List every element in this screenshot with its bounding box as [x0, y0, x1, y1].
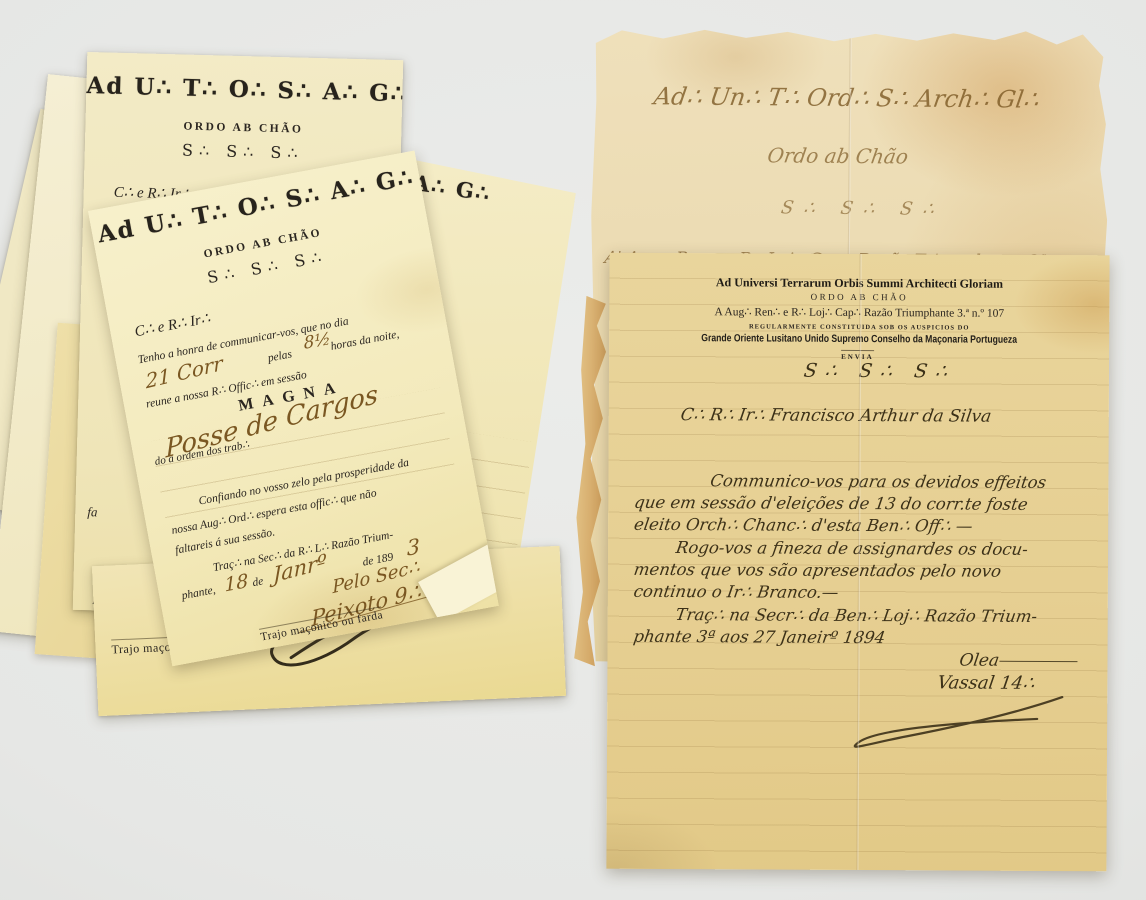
- form-word-phante: phante,: [181, 584, 217, 602]
- letterhead-line-2: ORDO AB CHÃO: [609, 291, 1109, 304]
- letter-body-line: Rogo-vos a fineza de assignardes os docu…: [675, 538, 1030, 559]
- letter-body-line: continuo o Ir∴ Branco.—: [632, 582, 839, 602]
- letter-body-line: mentos que vos são apresentados pelo nov…: [633, 560, 1003, 581]
- letterhead-line-1: Ad Universi Terrarum Orbis Summi Archite…: [609, 275, 1109, 293]
- signature-line-1: Olea: [958, 651, 1000, 671]
- handwritten-date-day: 18: [224, 570, 249, 597]
- letter-body-line: Traç∴ na Secr∴ da Ben∴ Loj∴ Razão Trium-: [674, 605, 1038, 626]
- letter-body-line: que em sessão d'eleições de 13 do corr.t…: [633, 493, 1029, 514]
- handwritten-triple-s: S∴ S∴ S∴: [802, 360, 957, 383]
- cover-motto-line: Ordo ab Chão: [766, 143, 910, 168]
- form-word-horas: horas da noite,: [330, 328, 400, 352]
- cover-heading-line: Ad∴ Un∴ T∴ Ord∴ S∴ Arch∴ Gl∴: [652, 82, 1041, 113]
- addressee-line: C∴ R∴ Ir∴ Francisco Arthur da Silva: [679, 405, 992, 427]
- form-word-pelas: pelas: [267, 348, 293, 364]
- cover-triple-s: S∴ S∴ S∴: [780, 197, 946, 219]
- motto-line: ORDO AB CHÃO: [85, 118, 401, 138]
- form-word-de: de: [251, 575, 264, 589]
- letter-date-line: phante 3ª aos 27 Janeirº 1894: [632, 627, 886, 647]
- text-fragment-fa: fa: [87, 504, 98, 520]
- handwritten-hour: 8½: [303, 329, 331, 354]
- letterhead: Ad U∴ T∴ O∴ S∴ A∴ G∴: [86, 72, 403, 107]
- signature-dash: [999, 661, 1077, 662]
- photo-of-masonic-documents: Ad U∴ T∴ O∴ S∴ A∴ G∴ ORDO AB CHÃO S∴ S∴ …: [0, 0, 1146, 900]
- letterhead-line-3: A Aug∴ Ren∴ e R∴ Loj∴ Cap∴ Razão Triumph…: [609, 304, 1109, 321]
- letterhead-line-5: Grande Oriente Lusitano Unido Supremo Co…: [654, 332, 1064, 346]
- salutation-line: C∴ e R∴ Ir∴: [133, 309, 212, 342]
- letterhead-line-4: REGULARMENTE CONSTITUIDA SOB OS AUSPICIO…: [609, 323, 1109, 333]
- letter-body-line: Communico-vos para os devidos effeitos: [709, 471, 1048, 492]
- letter-body-line: eleito Orch∴ Chanc∴ d'esta Ben∴ Off∴ —: [633, 515, 974, 536]
- signature-flourish-letter: [837, 682, 1077, 763]
- letter-doc-front: Ad Universi Terrarum Orbis Summi Archite…: [606, 253, 1109, 872]
